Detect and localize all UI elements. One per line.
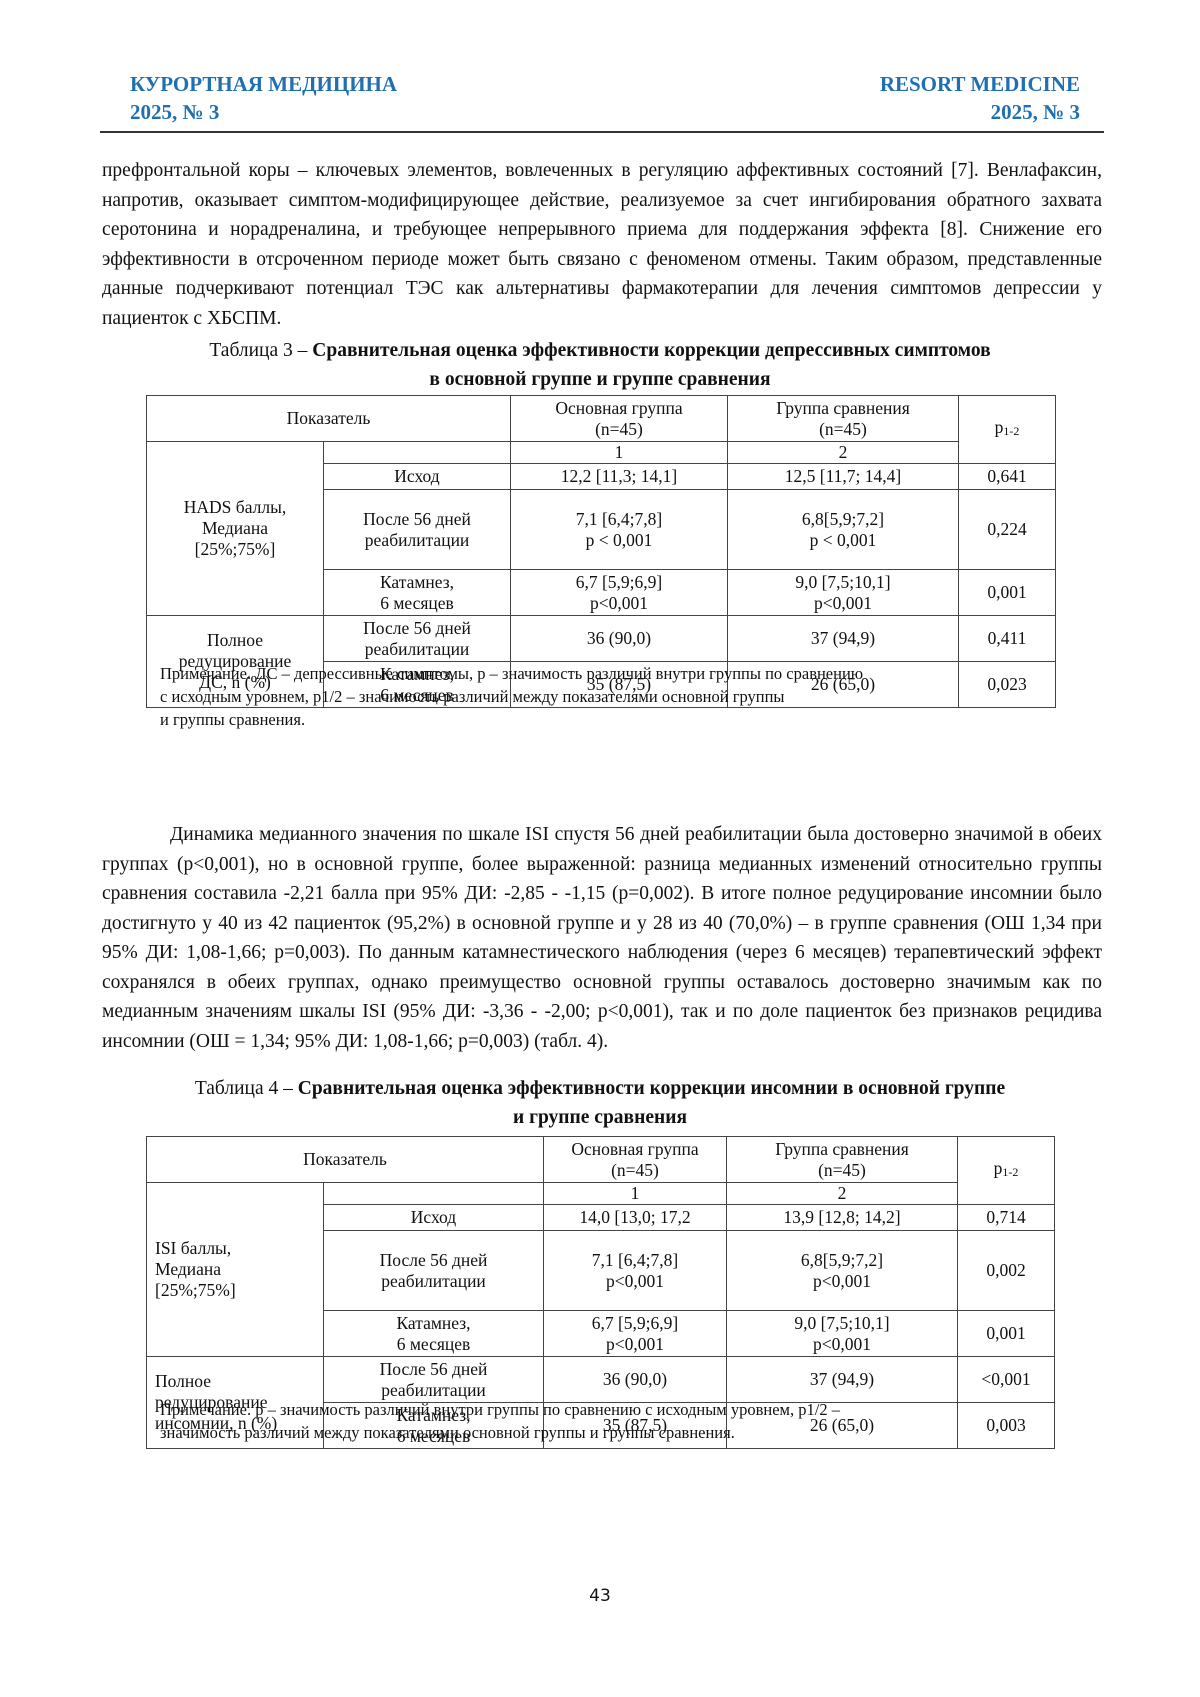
group2-cell: 37 (94,9) <box>727 1357 958 1403</box>
table4-row: Полноередуцированиеинсомнии, n (%)После … <box>147 1357 1055 1403</box>
table3-caption-title: Сравнительная оценка эффективности корре… <box>312 340 990 361</box>
p-value-cell: 0,003 <box>958 1403 1055 1449</box>
table3-row: ПолноередуцированиеДС, n (%)После 56 дне… <box>147 616 1056 662</box>
page-number: 43 <box>0 1586 1200 1606</box>
p-value-cell: 0,001 <box>959 570 1056 616</box>
journal-title-ru: КУРОРТНАЯ МЕДИЦИНА 2025, № 3 <box>130 70 397 126</box>
period-cell: После 56 днейреабилитации <box>324 1231 544 1311</box>
table3-caption-title-line2: в основной группе и группе сравнения <box>429 369 770 390</box>
table4-header-group2: Группа сравнения(n=45) <box>727 1137 958 1183</box>
group1-cell: 6,7 [5,9;6,9]p<0,001 <box>511 570 728 616</box>
table4-note: Примечание. р – значимость различий внут… <box>160 1398 840 1444</box>
table3-header-indicator: Показатель <box>147 396 511 442</box>
table4-header-group1: Основная группа(n=45) <box>544 1137 727 1183</box>
journal-title-en: RESORT MEDICINE 2025, № 3 <box>880 70 1080 126</box>
table3-note: Примечание. ДС – депрессивные симптомы, … <box>160 662 863 731</box>
group2-cell: 13,9 [12,8; 14,2] <box>727 1205 958 1231</box>
table4-header-p: p1-2 <box>958 1137 1055 1205</box>
table4-caption-prefix: Таблица 4 – <box>195 1078 298 1099</box>
group2-cell: 9,0 [7,5;10,1]p<0,001 <box>727 1311 958 1357</box>
group1-cell: 36 (90,0) <box>544 1357 727 1403</box>
table4-blank <box>324 1183 544 1205</box>
table4-caption-title: Сравнительная оценка эффективности корре… <box>298 1078 1005 1099</box>
p-value-cell: 0,224 <box>959 490 1056 570</box>
table3-caption-prefix: Таблица 3 – <box>209 340 312 361</box>
p-value-cell: 0,714 <box>958 1205 1055 1231</box>
table4-block1-label: ISI баллы,Медиана[25%;75%] <box>147 1183 324 1357</box>
period-cell: Исход <box>324 464 511 490</box>
group2-cell: 6,8[5,9;7,2]p < 0,001 <box>728 490 959 570</box>
group1-cell: 12,2 [11,3; 14,1] <box>511 464 728 490</box>
table3-blank <box>324 442 511 464</box>
period-cell: После 56 днейреабилитации <box>324 616 511 662</box>
body-paragraph-2: Динамика медианного значения по шкале IS… <box>102 820 1102 1056</box>
p-value-cell: <0,001 <box>958 1357 1055 1403</box>
p-value-cell: 0,001 <box>958 1311 1055 1357</box>
p-value-cell: 0,641 <box>959 464 1056 490</box>
period-cell: Катамнез,6 месяцев <box>324 1311 544 1357</box>
p-value-cell: 0,002 <box>958 1231 1055 1311</box>
p-value-cell: 0,023 <box>959 662 1056 708</box>
group1-cell: 14,0 [13,0; 17,2 <box>544 1205 727 1231</box>
header-rule <box>100 131 1104 133</box>
table3-colnum-2: 2 <box>728 442 959 464</box>
group1-cell: 7,1 [6,4;7,8]p<0,001 <box>544 1231 727 1311</box>
table3-block1-label: HADS баллы,Медиана[25%;75%] <box>147 442 324 616</box>
journal-name-en: RESORT MEDICINE <box>880 70 1080 98</box>
table4-colnum-1: 1 <box>544 1183 727 1205</box>
table3-colnum-1: 1 <box>511 442 728 464</box>
table3-header-group2: Группа сравнения(n=45) <box>728 396 959 442</box>
period-cell: После 56 днейреабилитации <box>324 490 511 570</box>
table4-caption: Таблица 4 – Сравнительная оценка эффекти… <box>100 1074 1100 1132</box>
issue-ru: 2025, № 3 <box>130 98 397 126</box>
running-header: КУРОРТНАЯ МЕДИЦИНА 2025, № 3 RESORT MEDI… <box>100 70 1100 130</box>
body-paragraph-1: префронтальной коры – ключевых элементов… <box>102 156 1102 333</box>
table4-caption-title-line2: и группе сравнения <box>513 1107 687 1128</box>
group1-cell: 7,1 [6,4;7,8]p < 0,001 <box>511 490 728 570</box>
table4-colnum-2: 2 <box>727 1183 958 1205</box>
issue-en: 2025, № 3 <box>880 98 1080 126</box>
table3-header-group1: Основная группа(n=45) <box>511 396 728 442</box>
group1-cell: 6,7 [5,9;6,9]p<0,001 <box>544 1311 727 1357</box>
period-cell: Катамнез,6 месяцев <box>324 570 511 616</box>
group2-cell: 6,8[5,9;7,2]p<0,001 <box>727 1231 958 1311</box>
period-cell: Исход <box>324 1205 544 1231</box>
table4-header-indicator: Показатель <box>147 1137 544 1183</box>
table3-caption: Таблица 3 – Сравнительная оценка эффекти… <box>100 336 1100 394</box>
group2-cell: 9,0 [7,5;10,1]p<0,001 <box>728 570 959 616</box>
group1-cell: 36 (90,0) <box>511 616 728 662</box>
journal-name-ru: КУРОРТНАЯ МЕДИЦИНА <box>130 70 397 98</box>
table3-header-p: p1-2 <box>959 396 1056 464</box>
p-value-cell: 0,411 <box>959 616 1056 662</box>
group2-cell: 12,5 [11,7; 14,4] <box>728 464 959 490</box>
group2-cell: 37 (94,9) <box>728 616 959 662</box>
period-cell: После 56 днейреабилитации <box>324 1357 544 1403</box>
